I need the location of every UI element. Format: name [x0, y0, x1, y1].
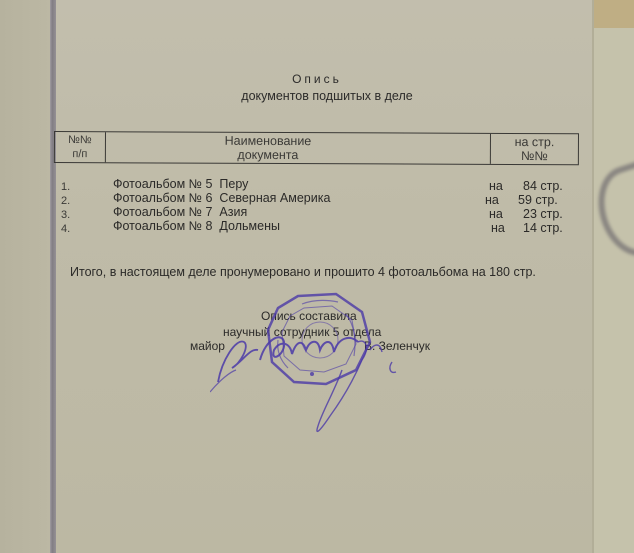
signature-name: В. Зеленчук [364, 339, 430, 353]
document-title: Опись [0, 72, 634, 86]
document-subtitle: документов подшитых в деле [0, 89, 634, 103]
column-header-name: Наименование документа [106, 132, 491, 164]
inventory-table-header: №№ п/п Наименование документа на стр. №№ [54, 131, 579, 165]
table-row: 3. Фотоальбом № 7 Азия на 23 стр. [56, 205, 576, 219]
signature-compiled-by: Опись составила [261, 309, 357, 323]
table-row: 1. Фотоальбом № 5 Перу на 84 стр. [56, 177, 576, 191]
inventory-list: 1. Фотоальбом № 5 Перу на 84 стр. 2. Фот… [56, 177, 576, 233]
background-folder-tab [594, 0, 634, 28]
signature-rank: майор [190, 339, 225, 353]
row-number: 4. [61, 223, 70, 235]
column-header-page: на стр. №№ [491, 134, 578, 164]
signature-position: научный сотрудник 5 отдела [223, 325, 381, 339]
row-page-count: 14 стр. [523, 221, 563, 235]
row-document-name: Фотоальбом № 5 Перу [113, 177, 248, 191]
background-sheet [594, 28, 634, 553]
table-row: 2. Фотоальбом № 6 Северная Америка на 59… [56, 191, 576, 205]
row-document-name: Фотоальбом № 6 Северная Америка [113, 191, 330, 205]
row-na-label: на [491, 221, 505, 235]
total-summary: Итого, в настоящем деле пронумеровано и … [70, 265, 570, 279]
column-header-number: №№ п/п [55, 132, 106, 162]
row-document-name: Фотоальбом № 8 Дольмены [113, 219, 280, 233]
row-document-name: Фотоальбом № 7 Азия [113, 205, 247, 219]
table-row: 4. Фотоальбом № 8 Дольмены на 14 стр. [56, 219, 576, 233]
